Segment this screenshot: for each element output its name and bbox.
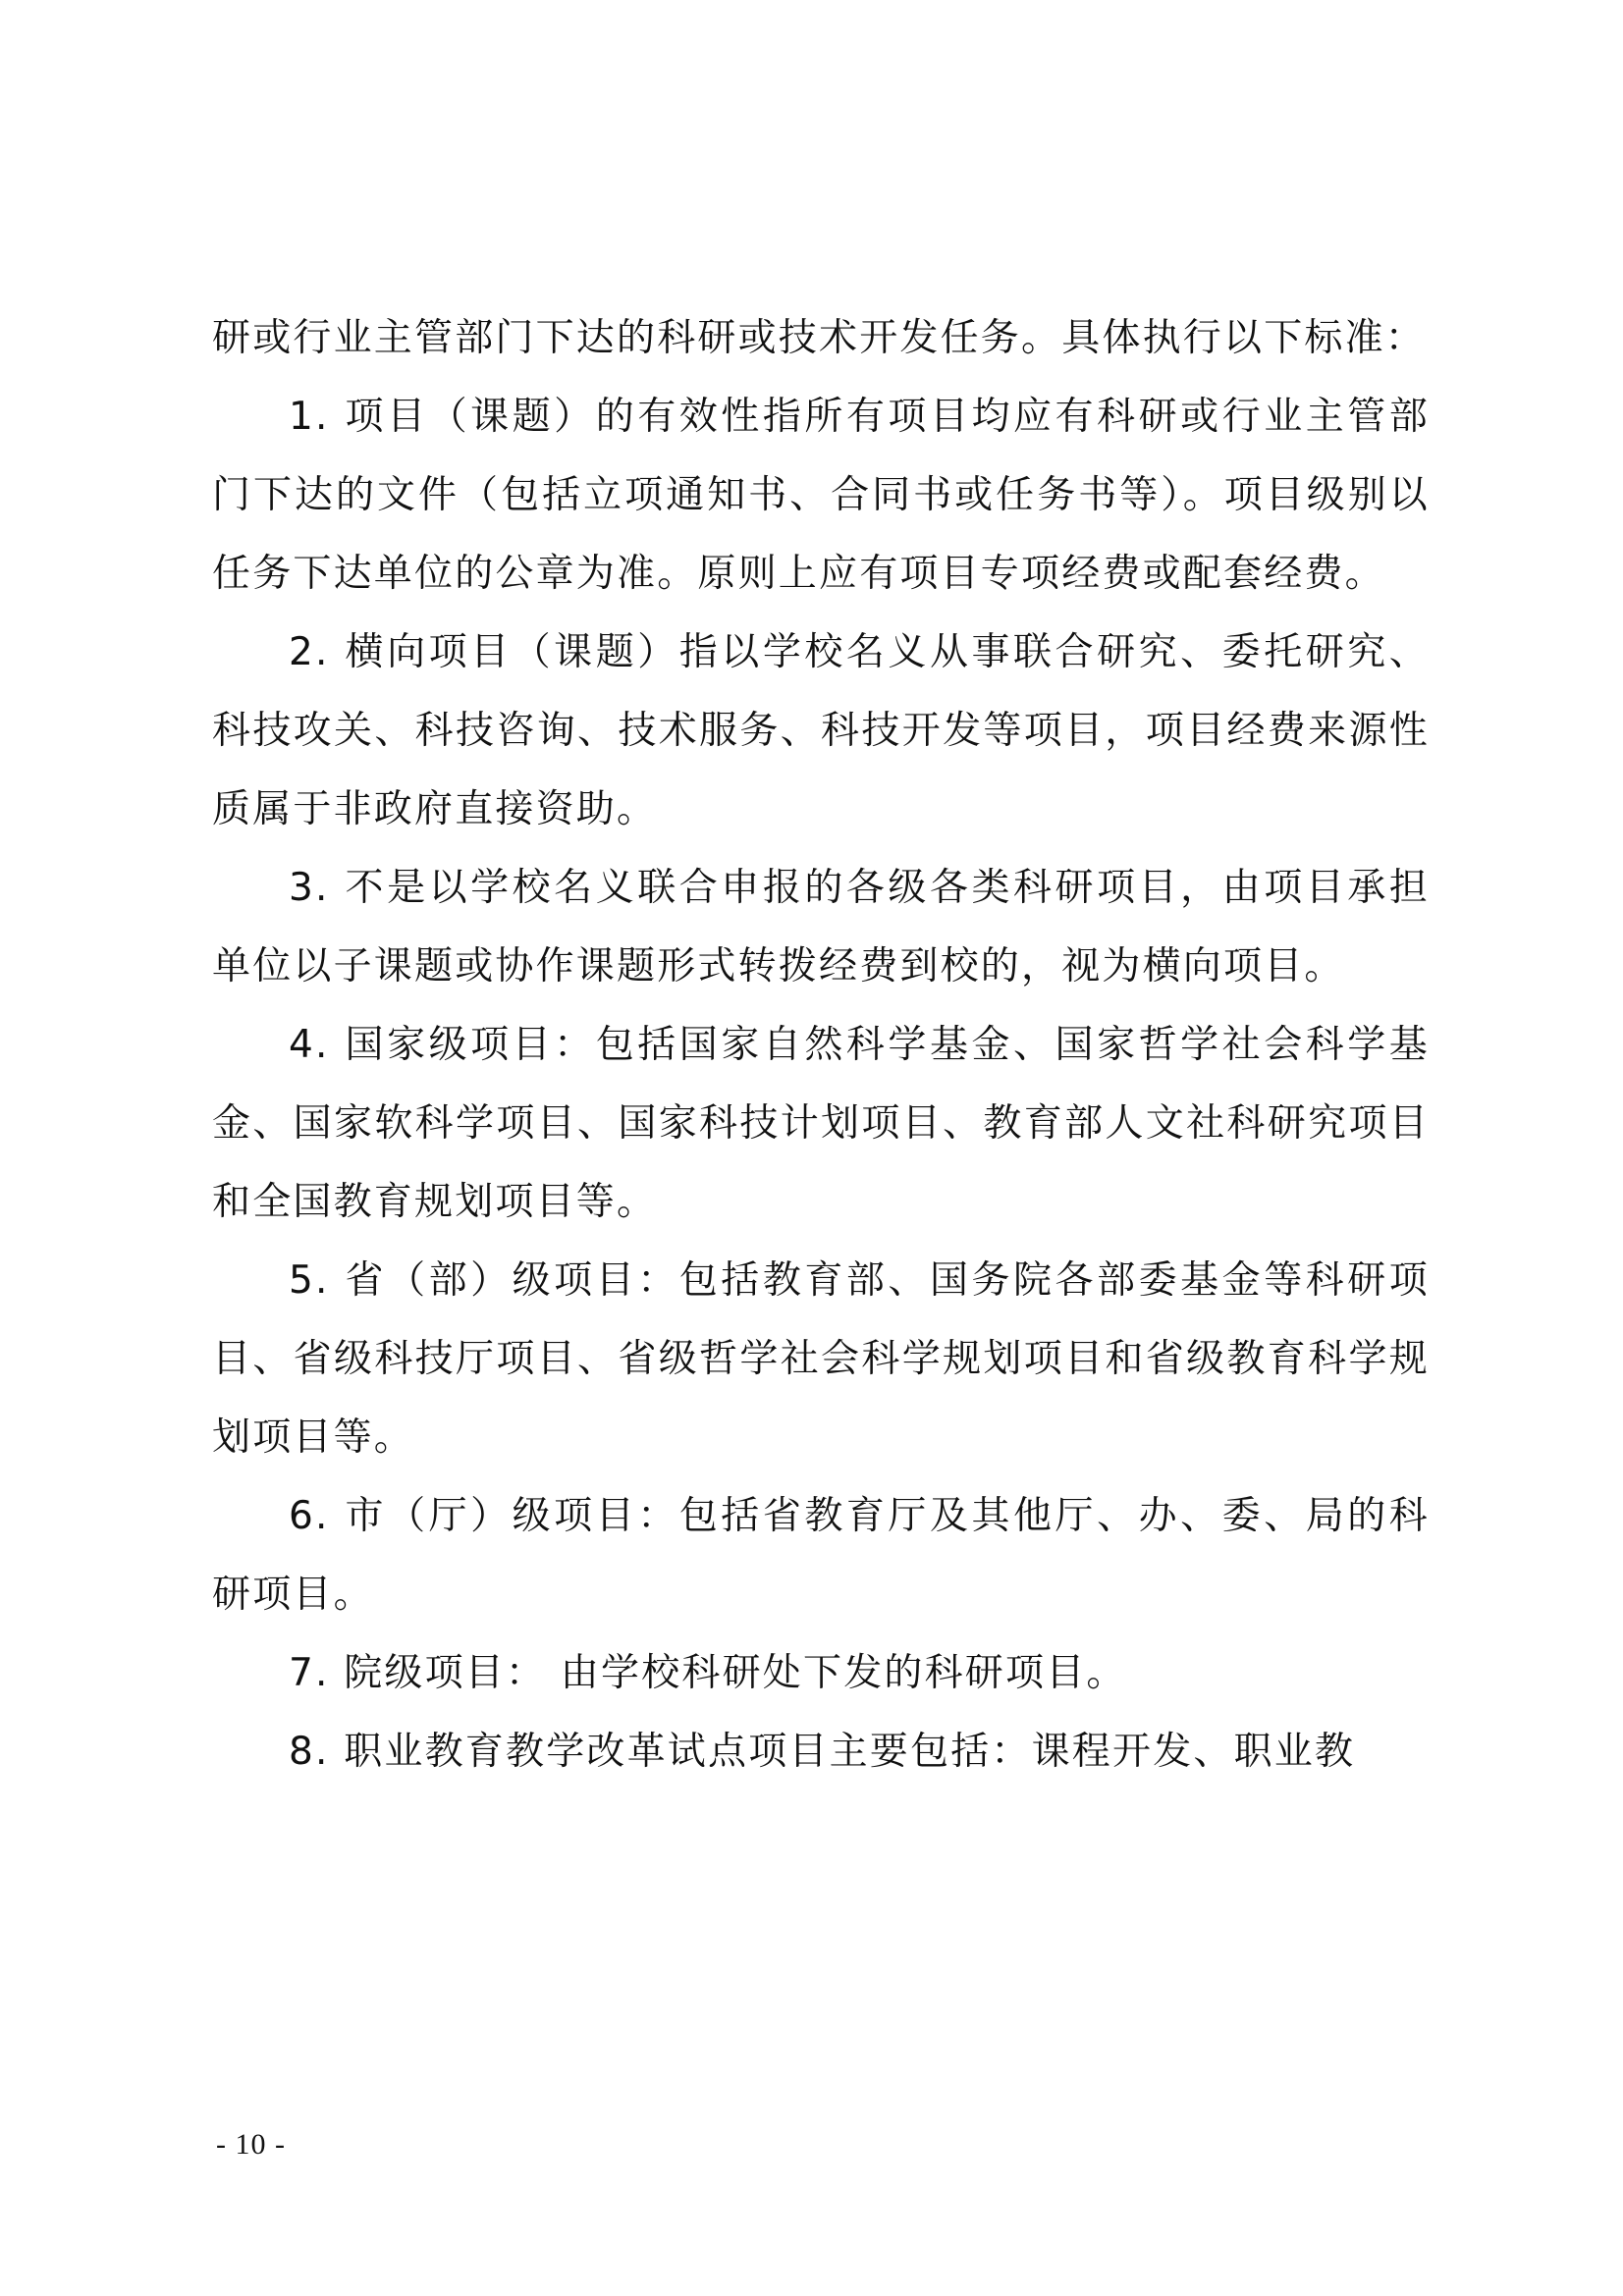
- paragraph-item-7-college-projects: 7. 院级项目： 由学校科研处下发的科研项目。: [212, 1634, 1430, 1713]
- paragraph-continuation: 研或行业主管部门下达的科研或技术开发任务。具体执行以下标准：: [212, 299, 1430, 378]
- paragraph-item-5-provincial-projects: 5. 省（部）级项目：包括教育部、国务院各部委基金等科研项目、省级科技厅项目、省…: [212, 1242, 1430, 1477]
- paragraph-item-1-project-validity: 1. 项目（课题）的有效性指所有项目均应有科研或行业主管部门下达的文件（包括立项…: [212, 378, 1430, 614]
- document-page: 研或行业主管部门下达的科研或技术开发任务。具体执行以下标准： 1. 项目（课题）…: [0, 0, 1623, 2296]
- paragraph-item-2-horizontal-projects: 2. 横向项目（课题）指以学校名义从事联合研究、委托研究、科技攻关、科技咨询、技…: [212, 614, 1430, 849]
- page-number: - 10 -: [216, 2128, 286, 2162]
- paragraph-item-6-municipal-projects: 6. 市（厅）级项目：包括省教育厅及其他厅、办、委、局的科研项目。: [212, 1477, 1430, 1634]
- paragraph-item-8-vocational-reform-projects: 8. 职业教育教学改革试点项目主要包括：课程开发、职业教: [212, 1713, 1430, 1791]
- paragraph-item-3-subcontracted-projects: 3. 不是以学校名义联合申报的各级各类科研项目，由项目承担单位以子课题或协作课题…: [212, 849, 1430, 1006]
- document-body: 研或行业主管部门下达的科研或技术开发任务。具体执行以下标准： 1. 项目（课题）…: [212, 299, 1430, 1791]
- paragraph-item-4-national-projects: 4. 国家级项目：包括国家自然科学基金、国家哲学社会科学基金、国家软科学项目、国…: [212, 1006, 1430, 1242]
